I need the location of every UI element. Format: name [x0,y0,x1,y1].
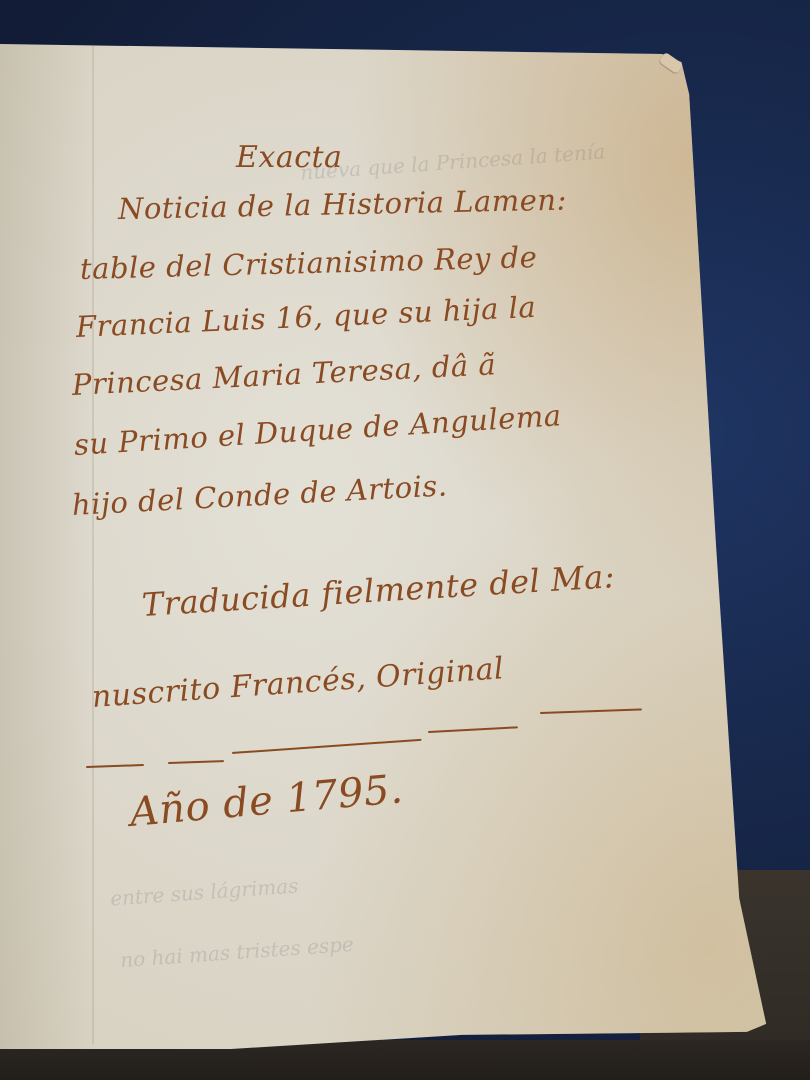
manuscript-title-word: Exacta [236,140,342,175]
page-fold-line [92,44,94,1044]
